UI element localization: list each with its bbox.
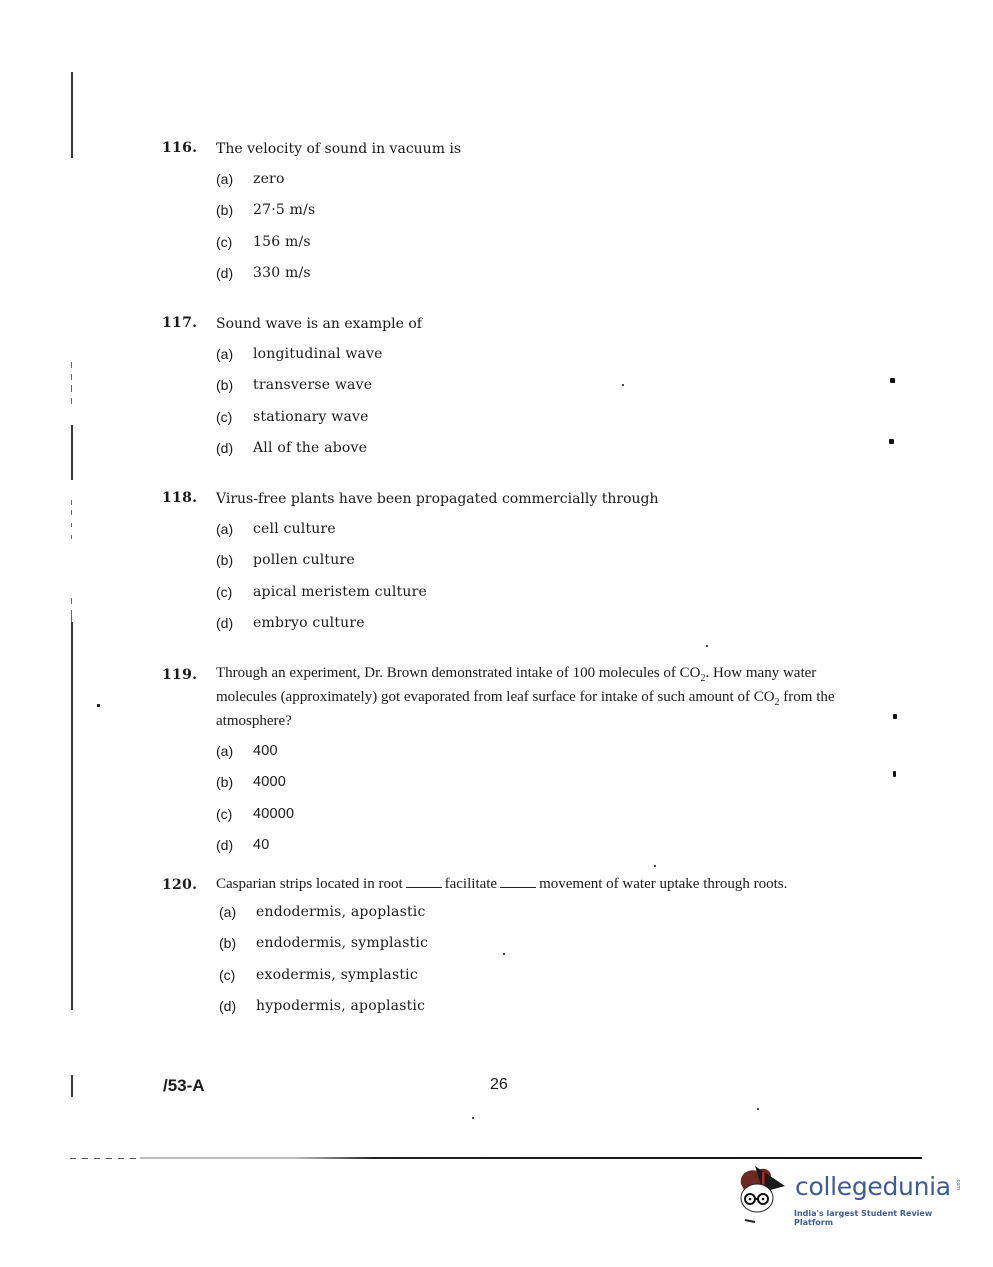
option-d: (d)330 m/s bbox=[216, 265, 842, 296]
scan-speck bbox=[893, 714, 897, 719]
question-text: Through an experiment, Dr. Brown demonst… bbox=[216, 664, 842, 731]
scan-speck bbox=[890, 378, 895, 383]
option-b: (b)endodermis, symplastic bbox=[219, 935, 842, 966]
option-b: (b)pollen culture bbox=[216, 552, 842, 583]
question-text: The velocity of sound in vacuum is bbox=[216, 140, 842, 159]
option-b: (b)transverse wave bbox=[216, 377, 842, 408]
question-number: 119. bbox=[162, 667, 197, 683]
option-b: (b)27·5 m/s bbox=[216, 202, 842, 233]
page-number: 26 bbox=[490, 1076, 508, 1094]
margin-dash bbox=[71, 500, 72, 505]
scan-speck bbox=[472, 1117, 474, 1119]
option-a: (a)longitudinal wave bbox=[216, 346, 842, 377]
question-text: Sound wave is an example of bbox=[216, 315, 842, 334]
margin-dash bbox=[71, 535, 72, 539]
options-list: (a)cell culture (b)pollen culture (c)api… bbox=[216, 521, 842, 646]
option-d: (d)All of the above bbox=[216, 440, 842, 471]
brand-name: collegedunia bbox=[795, 1172, 951, 1201]
brand-domain: .com bbox=[955, 1178, 961, 1190]
margin-dash bbox=[71, 510, 72, 515]
scan-speck bbox=[757, 1108, 759, 1110]
binding-line bbox=[71, 1075, 73, 1097]
mascot-icon bbox=[735, 1162, 793, 1224]
margin-dash bbox=[71, 374, 72, 380]
option-c: (c)stationary wave bbox=[216, 409, 842, 440]
margin-dash bbox=[71, 385, 72, 392]
option-b: (b)4000 bbox=[216, 774, 842, 805]
question-117: 117. Sound wave is an example of (a)long… bbox=[162, 315, 842, 471]
margin-dash bbox=[71, 523, 72, 527]
question-116: 116. The velocity of sound in vacuum is … bbox=[162, 140, 842, 296]
options-list: (a)endodermis, apoplastic (b)endodermis,… bbox=[219, 904, 842, 1029]
question-number: 120. bbox=[162, 877, 197, 893]
margin-dash bbox=[71, 362, 72, 368]
option-a: (a)cell culture bbox=[216, 521, 842, 552]
fill-blank bbox=[406, 887, 442, 888]
brand-tagline: India's largest Student Review Platform bbox=[794, 1209, 965, 1227]
exam-page: 116. The velocity of sound in vacuum is … bbox=[0, 0, 993, 1267]
margin-dash bbox=[71, 398, 72, 404]
question-number: 117. bbox=[162, 315, 197, 331]
question-number: 116. bbox=[162, 140, 197, 156]
scan-speck bbox=[97, 704, 100, 707]
question-number: 118. bbox=[162, 490, 197, 506]
scan-speck bbox=[893, 771, 896, 777]
binding-line bbox=[71, 622, 73, 1010]
option-a: (a)endodermis, apoplastic bbox=[219, 904, 842, 935]
margin-dash bbox=[71, 610, 72, 622]
option-c: (c)40000 bbox=[216, 806, 842, 837]
question-118: 118. Virus-free plants have been propaga… bbox=[162, 490, 842, 646]
options-list: (a)zero (b)27·5 m/s (c)156 m/s (d)330 m/… bbox=[216, 171, 842, 296]
fill-blank bbox=[500, 887, 536, 888]
option-d: (d)embryo culture bbox=[216, 615, 842, 646]
collegedunia-logo: collegedunia .com India's largest Studen… bbox=[735, 1162, 965, 1228]
footer-rule bbox=[140, 1157, 922, 1159]
option-d: (d)hypodermis, apoplastic bbox=[219, 998, 842, 1029]
option-c: (c)156 m/s bbox=[216, 234, 842, 265]
options-list: (a)400 (b)4000 (c)40000 (d)40 bbox=[216, 743, 842, 868]
binding-line bbox=[71, 425, 73, 480]
paper-code: /53-A bbox=[163, 1076, 205, 1096]
options-list: (a)longitudinal wave (b)transverse wave … bbox=[216, 346, 842, 471]
margin-dash bbox=[71, 598, 72, 604]
question-text: Virus-free plants have been propagated c… bbox=[216, 490, 842, 509]
option-d: (d)40 bbox=[216, 837, 842, 868]
option-c: (c)apical meristem culture bbox=[216, 584, 842, 615]
question-text: Casparian strips located in rootfacilita… bbox=[216, 875, 842, 894]
binding-line bbox=[71, 72, 73, 158]
option-a: (a)zero bbox=[216, 171, 842, 202]
question-120: 120. Casparian strips located in rootfac… bbox=[162, 875, 842, 1029]
option-a: (a)400 bbox=[216, 743, 842, 774]
option-c: (c)exodermis, symplastic bbox=[219, 967, 842, 998]
question-119: 119. Through an experiment, Dr. Brown de… bbox=[162, 664, 842, 868]
scan-speck bbox=[889, 439, 894, 444]
